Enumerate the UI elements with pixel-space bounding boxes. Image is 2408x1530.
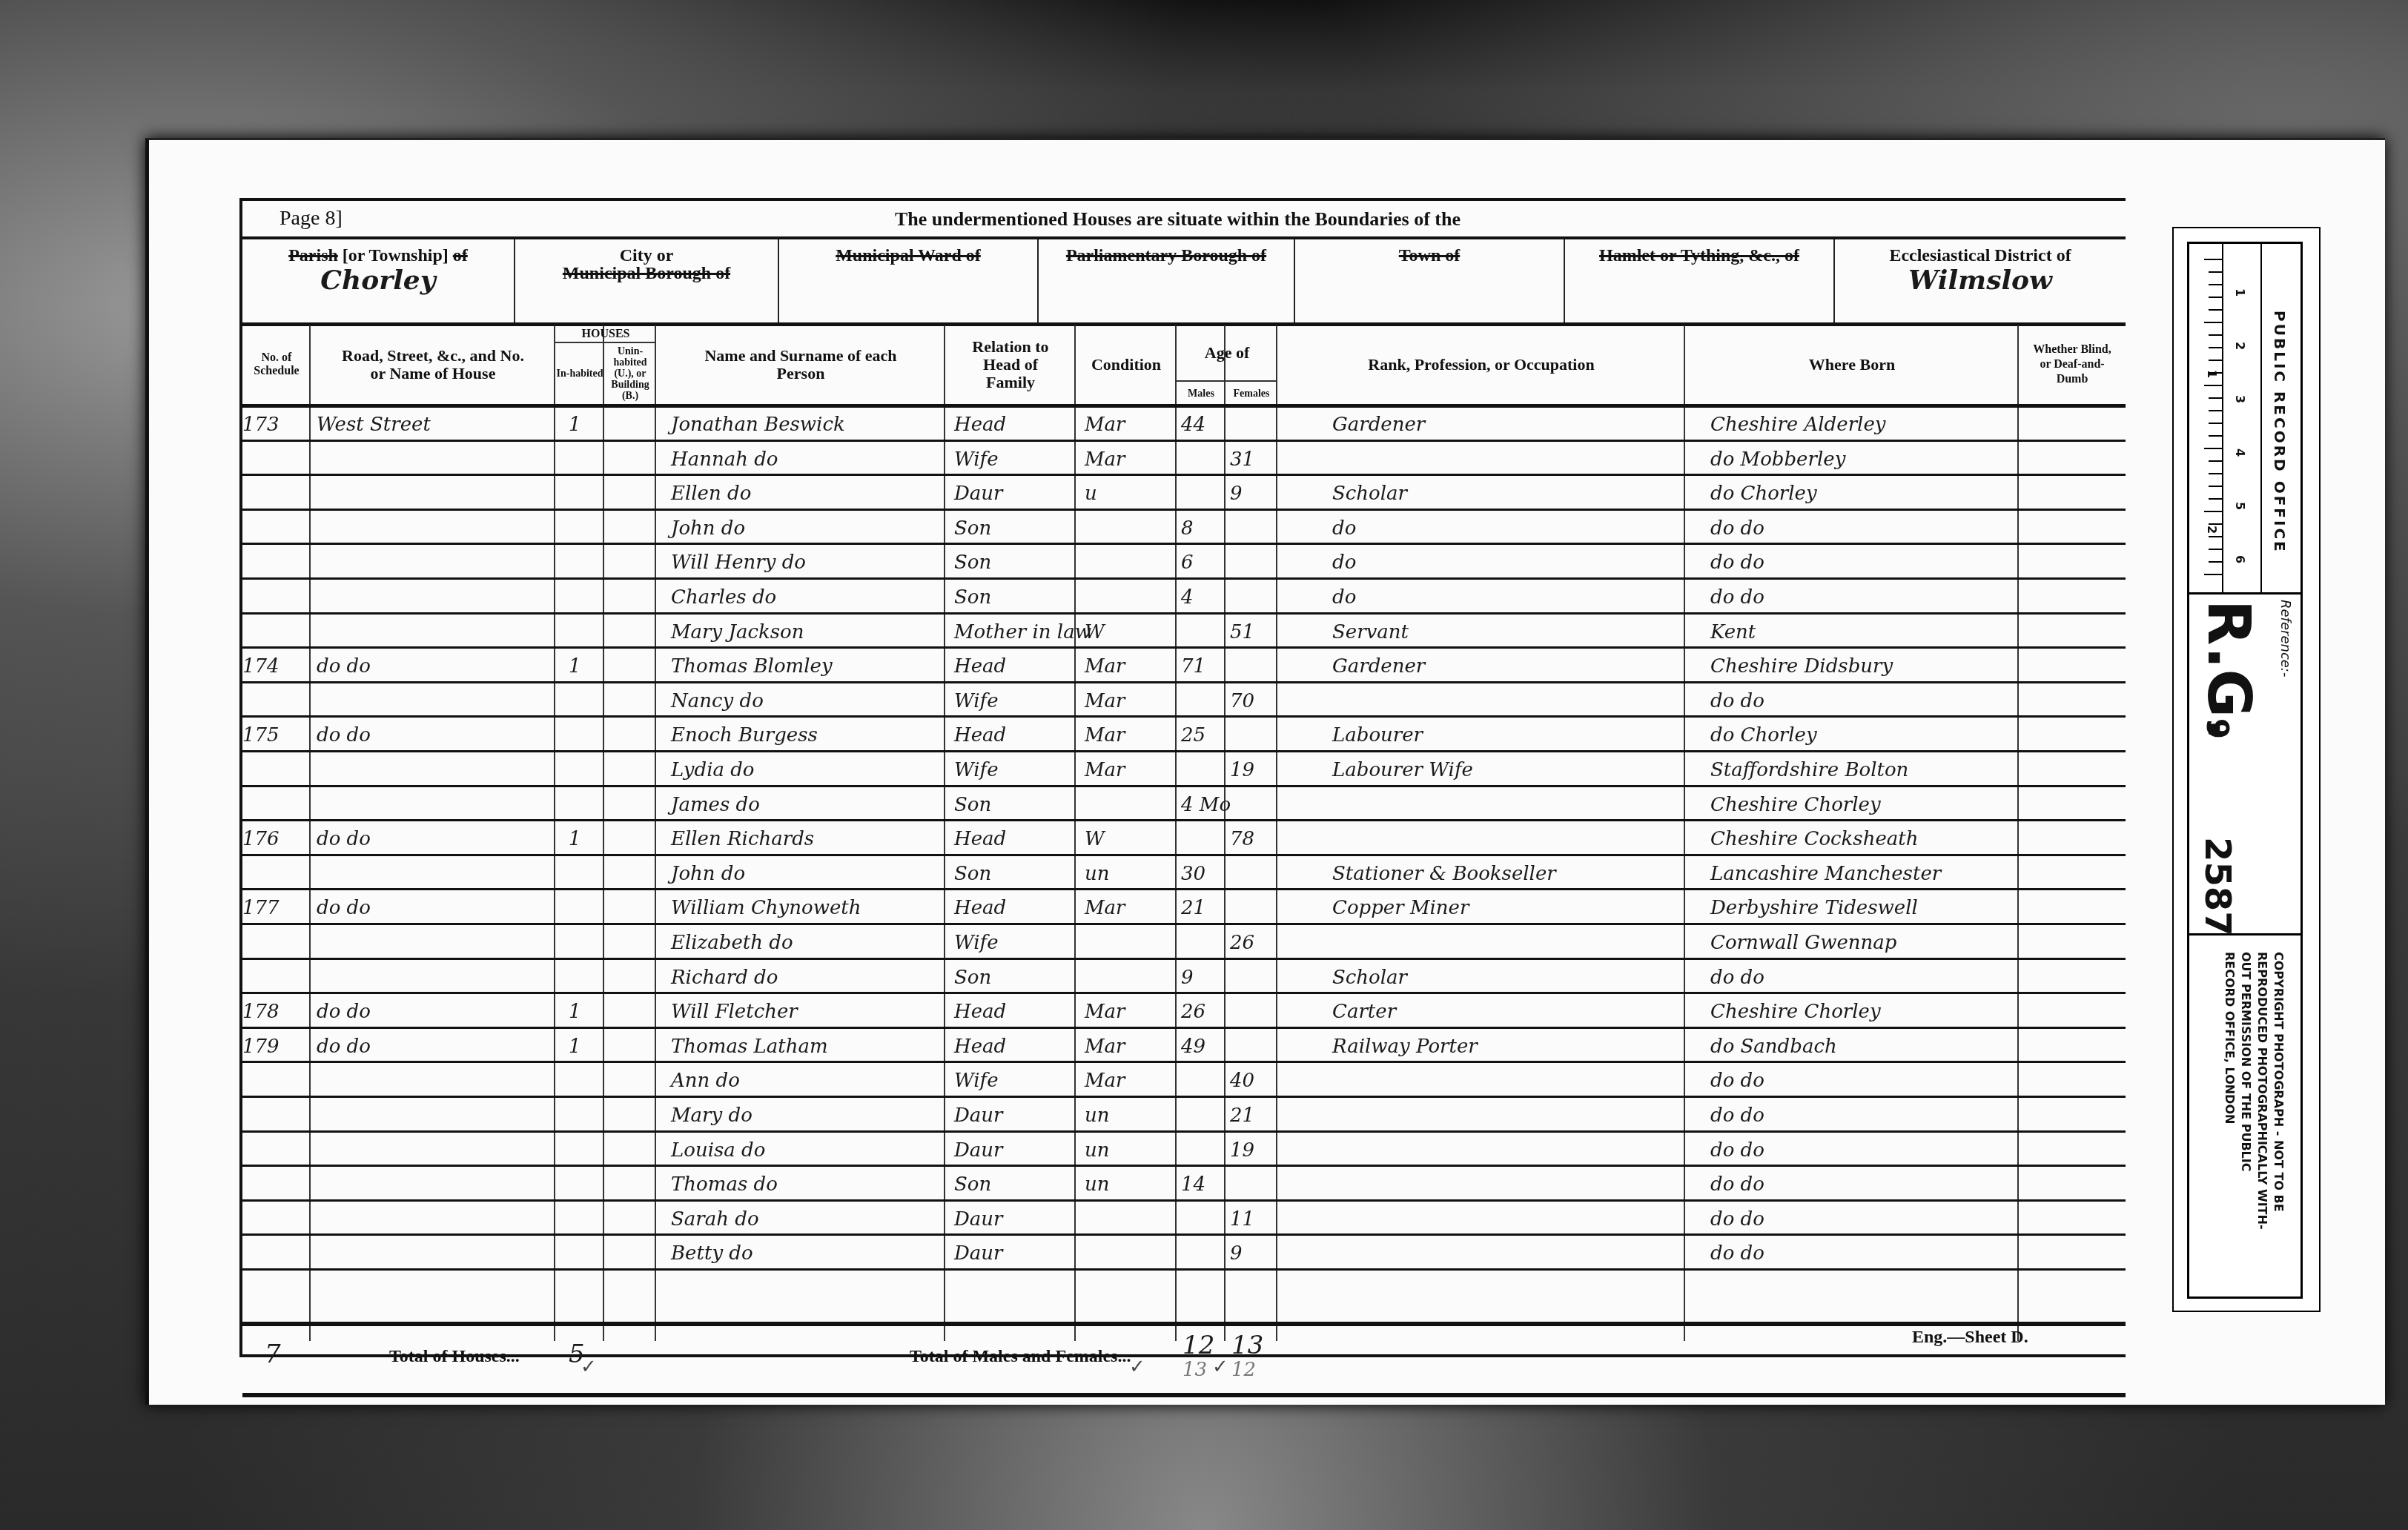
occupation-cell bbox=[1332, 829, 1681, 850]
schedule-cell bbox=[242, 1174, 311, 1196]
male-age-cell: 14 bbox=[1181, 1174, 1225, 1196]
inhabited-cell bbox=[569, 1070, 598, 1092]
census-table: No. of Schedule Road, Street, &c., and N… bbox=[242, 325, 2126, 1341]
where-born-cell: Staffordshire Bolton bbox=[1710, 760, 2014, 781]
road-cell: do do bbox=[317, 1001, 554, 1023]
ruler-tick bbox=[2209, 549, 2222, 550]
ruler-tick bbox=[2209, 435, 2222, 437]
female-age-cell: 9 bbox=[1230, 1243, 1274, 1265]
where-born-cell: do Mobberley bbox=[1710, 449, 2014, 471]
relation-cell: Wife bbox=[954, 1070, 1073, 1092]
occupation-cell: Gardener bbox=[1332, 656, 1681, 678]
name-cell: Lydia do bbox=[671, 760, 945, 781]
table-row: John doSon8dodo do bbox=[242, 511, 2126, 546]
condition-cell: u bbox=[1085, 483, 1174, 505]
table-row: 178do do1Will FletcherHeadMar26CarterChe… bbox=[242, 994, 2126, 1029]
condition-cell: Mar bbox=[1085, 898, 1174, 919]
page-header-row: Page 8] The undermentioned Houses are si… bbox=[242, 201, 2126, 239]
where-born-cell: do do bbox=[1710, 587, 2014, 609]
road-cell: do do bbox=[317, 725, 554, 746]
ruler-tick bbox=[2209, 423, 2222, 424]
schedule-cell bbox=[242, 518, 311, 540]
schedule-cell bbox=[242, 552, 311, 574]
header-occupation: Rank, Profession, or Occupation bbox=[1277, 325, 1685, 404]
occupation-cell: do bbox=[1332, 587, 1681, 609]
occupation-cell: Labourer bbox=[1332, 725, 1681, 746]
ruler-tick bbox=[2209, 536, 2222, 537]
female-age-cell bbox=[1230, 795, 1274, 816]
occupation-cell bbox=[1332, 1209, 1681, 1231]
reference-box: Reference:- R.G. 9 2587 bbox=[2189, 592, 2300, 935]
male-age-cell bbox=[1181, 1209, 1225, 1231]
male-age-cell bbox=[1181, 829, 1225, 850]
condition-cell bbox=[1085, 1209, 1174, 1231]
table-row: Mary doDaurun21do do bbox=[242, 1098, 2126, 1133]
inhabited-cell bbox=[569, 691, 598, 712]
road-cell: do do bbox=[317, 1036, 554, 1058]
table-row: Sarah doDaur11do do bbox=[242, 1202, 2126, 1236]
female-age-cell bbox=[1230, 725, 1274, 746]
ruler-number: 2 bbox=[2205, 526, 2219, 534]
schedule-cell bbox=[242, 795, 311, 816]
male-age-cell: 44 bbox=[1181, 414, 1225, 436]
name-cell: Ann do bbox=[671, 1070, 945, 1092]
occupation-cell bbox=[1332, 1140, 1681, 1162]
relation-cell: Daur bbox=[954, 483, 1073, 505]
where-born-cell: do do bbox=[1710, 1209, 2014, 1231]
inhabited-cell bbox=[569, 933, 598, 954]
road-cell bbox=[317, 483, 554, 505]
occupation-cell: Scholar bbox=[1332, 967, 1681, 989]
occupation-cell: Scholar bbox=[1332, 483, 1681, 505]
name-cell: Betty do bbox=[671, 1243, 945, 1265]
ruler-tick bbox=[2209, 561, 2222, 563]
condition-cell: Mar bbox=[1085, 760, 1174, 781]
road-cell bbox=[317, 967, 554, 989]
name-cell: Louisa do bbox=[671, 1140, 945, 1162]
male-age-cell: 26 bbox=[1181, 1001, 1225, 1023]
ruler-tick bbox=[2209, 498, 2222, 500]
male-age-cell bbox=[1181, 760, 1225, 781]
condition-cell bbox=[1085, 967, 1174, 989]
relation-cell: Head bbox=[954, 725, 1073, 746]
boundary-municipal-ward: Municipal Ward of bbox=[779, 239, 1039, 322]
table-row: Louisa doDaurun19do do bbox=[242, 1133, 2126, 1168]
male-age-cell: 30 bbox=[1181, 864, 1225, 885]
relation-cell: Wife bbox=[954, 449, 1073, 471]
road-cell bbox=[317, 933, 554, 954]
table-row: 173West Street1Jonathan BeswickHeadMar44… bbox=[242, 407, 2126, 442]
condition-cell: Mar bbox=[1085, 1036, 1174, 1058]
schedule-cell bbox=[242, 967, 311, 989]
where-born-cell: do Sandbach bbox=[1710, 1036, 2014, 1058]
inhabited-cell bbox=[569, 898, 598, 919]
table-row: Nancy doWifeMar70do do bbox=[242, 683, 2126, 718]
occupation-cell bbox=[1332, 795, 1681, 816]
check-mark: ✓ bbox=[1212, 1356, 1228, 1378]
inhabited-cell: 1 bbox=[569, 829, 598, 850]
ruler-tick bbox=[2204, 322, 2222, 323]
occupation-cell bbox=[1332, 1070, 1681, 1092]
inhabited-cell bbox=[569, 1243, 598, 1265]
inhabited-cell: 1 bbox=[569, 1036, 598, 1058]
occupation-cell bbox=[1332, 933, 1681, 954]
where-born-cell: Cornwall Gwennap bbox=[1710, 933, 2014, 954]
inhabited-cell bbox=[569, 795, 598, 816]
schedule-cell: 176 bbox=[242, 829, 311, 850]
schedule-cell: 178 bbox=[242, 1001, 311, 1023]
table-row: 177do doWilliam ChynowethHeadMar21Copper… bbox=[242, 890, 2126, 925]
relation-cell: Son bbox=[954, 518, 1073, 540]
condition-cell: Mar bbox=[1085, 1001, 1174, 1023]
name-cell: Thomas Blomley bbox=[671, 656, 945, 678]
header-road: Road, Street, &c., and No. or Name of Ho… bbox=[311, 325, 555, 404]
male-age-cell: 8 bbox=[1181, 518, 1225, 540]
public-record-office-label: PUBLIC RECORD OFFICE 12345612 Reference:… bbox=[2172, 227, 2321, 1312]
male-age-cell: 4 bbox=[1181, 587, 1225, 609]
ruler-number: 3 bbox=[2233, 395, 2247, 403]
ruler-tick bbox=[2209, 347, 2222, 348]
table-row: Richard doSon9Scholardo do bbox=[242, 960, 2126, 995]
male-age-cell: 4 Mo bbox=[1181, 795, 1225, 816]
copyright-line: OUT PERMISSION OF THE PUBLIC bbox=[2238, 952, 2253, 1171]
male-age-cell bbox=[1181, 449, 1225, 471]
occupation-cell: do bbox=[1332, 518, 1681, 540]
where-born-cell: Cheshire Didsbury bbox=[1710, 656, 2014, 678]
table-row: John doSonun30Stationer & BooksellerLanc… bbox=[242, 856, 2126, 891]
female-age-cell bbox=[1230, 1174, 1274, 1196]
ruler-tick bbox=[2204, 511, 2222, 512]
schedule-cell: 177 bbox=[242, 898, 311, 919]
schedule-cell bbox=[242, 483, 311, 505]
ruler-tick bbox=[2209, 271, 2222, 273]
condition-cell: Mar bbox=[1085, 656, 1174, 678]
ruler-tick bbox=[2209, 334, 2222, 336]
name-cell: James do bbox=[671, 795, 945, 816]
female-age-cell: 31 bbox=[1230, 449, 1274, 471]
where-born-cell: Cheshire Chorley bbox=[1710, 1001, 2014, 1023]
condition-cell bbox=[1085, 795, 1174, 816]
condition-cell: W bbox=[1085, 829, 1174, 850]
schedule-cell bbox=[242, 1140, 311, 1162]
schedule-cell bbox=[242, 1105, 311, 1127]
inhabited-cell bbox=[569, 552, 598, 574]
where-born-cell: Cheshire Cocksheath bbox=[1710, 829, 2014, 850]
census-sheet: Page 8] The undermentioned Houses are si… bbox=[145, 138, 2385, 1405]
schedule-cell bbox=[242, 587, 311, 609]
schedule-cell bbox=[242, 1243, 311, 1265]
name-cell: Enoch Burgess bbox=[671, 725, 945, 746]
female-age-cell: 19 bbox=[1230, 1140, 1274, 1162]
female-age-cell bbox=[1230, 518, 1274, 540]
schedule-cell bbox=[242, 691, 311, 712]
condition-cell: W bbox=[1085, 622, 1174, 643]
schedule-cell bbox=[242, 760, 311, 781]
header-infirmity: Whether Blind, or Deaf-and-Dumb bbox=[2019, 325, 2126, 404]
relation-cell: Son bbox=[954, 587, 1073, 609]
inhabited-cell bbox=[569, 449, 598, 471]
female-age-cell: 19 bbox=[1230, 760, 1274, 781]
reference-class: 9 bbox=[2200, 718, 2234, 739]
relation-cell: Son bbox=[954, 795, 1073, 816]
ruler-tick bbox=[2209, 284, 2222, 285]
female-age-cell bbox=[1230, 898, 1274, 919]
where-born-cell: Kent bbox=[1710, 622, 2014, 643]
occupation-cell: Servant bbox=[1332, 622, 1681, 643]
table-row: Betty doDaur9do do bbox=[242, 1236, 2126, 1271]
schedule-cell bbox=[242, 864, 311, 885]
inhabited-cell: 1 bbox=[569, 1001, 598, 1023]
table-row: Mary JacksonMother in lawW51ServantKent bbox=[242, 615, 2126, 649]
name-cell: Sarah do bbox=[671, 1209, 945, 1231]
road-cell bbox=[317, 449, 554, 471]
condition-cell: un bbox=[1085, 1140, 1174, 1162]
boundary-city: City orMunicipal Borough of bbox=[515, 239, 779, 322]
name-cell: Jonathan Beswick bbox=[671, 414, 945, 436]
occupation-cell: Railway Porter bbox=[1332, 1036, 1681, 1058]
name-cell: Ellen Richards bbox=[671, 829, 945, 850]
relation-cell: Son bbox=[954, 864, 1073, 885]
header-uninhabited: Unin-habited (U.), or Building (B.) bbox=[604, 343, 656, 404]
relation-cell: Wife bbox=[954, 933, 1073, 954]
page-number: Page 8] bbox=[279, 207, 343, 231]
inhabited-cell bbox=[569, 518, 598, 540]
where-born-cell: do do bbox=[1710, 691, 2014, 712]
road-cell bbox=[317, 518, 554, 540]
table-row: Elizabeth doWife26Cornwall Gwennap bbox=[242, 925, 2126, 960]
condition-cell: Mar bbox=[1085, 414, 1174, 436]
occupation-cell: do bbox=[1332, 552, 1681, 574]
condition-cell: Mar bbox=[1085, 1070, 1174, 1092]
copyright-notice: COPYRIGHT PHOTOGRAPH - NOT TO BE REPRODU… bbox=[2189, 937, 2300, 1285]
copyright-line: REPRODUCED PHOTOGRAPHICALLY WITH- bbox=[2255, 952, 2269, 1230]
road-cell bbox=[317, 691, 554, 712]
total-schedules: 7 bbox=[265, 1339, 281, 1369]
road-cell: do do bbox=[317, 898, 554, 919]
relation-cell: Head bbox=[954, 1036, 1073, 1058]
schedule-cell bbox=[242, 622, 311, 643]
ruler-tick bbox=[2209, 360, 2222, 361]
ruler-tick bbox=[2209, 397, 2222, 399]
total-females: 13 bbox=[1231, 1331, 1263, 1360]
male-age-cell bbox=[1181, 691, 1225, 712]
name-cell: Thomas Latham bbox=[671, 1036, 945, 1058]
name-cell: Charles do bbox=[671, 587, 945, 609]
header-houses: HOUSES bbox=[555, 325, 656, 343]
header-males: Males bbox=[1177, 383, 1225, 404]
schedule-cell bbox=[242, 933, 311, 954]
where-born-cell: Cheshire Alderley bbox=[1710, 414, 2014, 436]
scale-ruler: PUBLIC RECORD OFFICE 12345612 bbox=[2189, 244, 2300, 595]
total-males-check: 13 bbox=[1182, 1359, 1207, 1381]
road-cell bbox=[317, 795, 554, 816]
female-age-cell: 70 bbox=[1230, 691, 1274, 712]
condition-cell: Mar bbox=[1085, 725, 1174, 746]
ruler-tick bbox=[2209, 523, 2222, 525]
relation-cell: Son bbox=[954, 552, 1073, 574]
where-born-cell: do do bbox=[1710, 1070, 2014, 1092]
schedule-cell: 174 bbox=[242, 656, 311, 678]
ruler-number: 5 bbox=[2233, 502, 2247, 510]
table-row: Ann doWifeMar40do do bbox=[242, 1063, 2126, 1098]
road-cell: West Street bbox=[317, 414, 554, 436]
total-females-check: 12 bbox=[1231, 1359, 1256, 1381]
form-title: The undermentioned Houses are situate wi… bbox=[895, 208, 1461, 231]
female-age-cell: 40 bbox=[1230, 1070, 1274, 1092]
condition-cell bbox=[1085, 933, 1174, 954]
condition-cell bbox=[1085, 518, 1174, 540]
male-age-cell bbox=[1181, 1105, 1225, 1127]
boundary-town: Town of bbox=[1295, 239, 1565, 322]
name-cell: William Chynoweth bbox=[671, 898, 945, 919]
female-age-cell: 9 bbox=[1230, 483, 1274, 505]
where-born-cell: do do bbox=[1710, 1174, 2014, 1196]
relation-cell: Head bbox=[954, 898, 1073, 919]
road-cell: do do bbox=[317, 656, 554, 678]
road-cell bbox=[317, 1209, 554, 1231]
name-cell: Mary Jackson bbox=[671, 622, 945, 643]
female-age-cell bbox=[1230, 587, 1274, 609]
schedule-cell: 173 bbox=[242, 414, 311, 436]
inhabited-cell bbox=[569, 725, 598, 746]
female-age-cell bbox=[1230, 1036, 1274, 1058]
relation-cell: Son bbox=[954, 1174, 1073, 1196]
female-age-cell bbox=[1230, 414, 1274, 436]
male-age-cell: 49 bbox=[1181, 1036, 1225, 1058]
where-born-cell: do do bbox=[1710, 1105, 2014, 1127]
road-cell bbox=[317, 760, 554, 781]
where-born-cell: do do bbox=[1710, 967, 2014, 989]
ruler-number: 1 bbox=[2233, 288, 2247, 297]
relation-cell: Head bbox=[954, 829, 1073, 850]
parish-value: Chorley bbox=[242, 265, 514, 296]
male-age-cell bbox=[1181, 1070, 1225, 1092]
ruler-tick bbox=[2204, 259, 2222, 260]
inhabited-cell bbox=[569, 1209, 598, 1231]
name-cell: Hannah do bbox=[671, 449, 945, 471]
road-cell bbox=[317, 587, 554, 609]
table-row: Hannah doWifeMar31do Mobberley bbox=[242, 442, 2126, 477]
inhabited-cell bbox=[569, 967, 598, 989]
where-born-cell: do Chorley bbox=[1710, 725, 2014, 746]
ruler-tick bbox=[2209, 486, 2222, 487]
ruler-number: 1 bbox=[2205, 370, 2219, 378]
schedule-cell bbox=[242, 1070, 311, 1092]
schedule-cell: 175 bbox=[242, 725, 311, 746]
name-cell: Richard do bbox=[671, 967, 945, 989]
inhabited-cell bbox=[569, 1140, 598, 1162]
boundaries-row: Parish [or Township] of Chorley City orM… bbox=[242, 239, 2126, 326]
male-age-cell bbox=[1181, 933, 1225, 954]
occupation-cell bbox=[1332, 1174, 1681, 1196]
name-cell: Elizabeth do bbox=[671, 933, 945, 954]
female-age-cell bbox=[1230, 967, 1274, 989]
schedule-cell: 179 bbox=[242, 1036, 311, 1058]
ecclesiastical-value: Wilmslow bbox=[1835, 265, 2126, 296]
table-row: James doSon4 MoCheshire Chorley bbox=[242, 787, 2126, 822]
header-females: Females bbox=[1225, 383, 1277, 404]
reference-piece: 2587 bbox=[2197, 837, 2238, 936]
where-born-cell: do do bbox=[1710, 1243, 2014, 1265]
check-mark: ✓ bbox=[580, 1356, 597, 1378]
male-age-cell: 6 bbox=[1181, 552, 1225, 574]
road-cell bbox=[317, 1140, 554, 1162]
occupation-cell: Stationer & Bookseller bbox=[1332, 864, 1681, 885]
occupation-cell bbox=[1332, 449, 1681, 471]
male-age-cell: 21 bbox=[1181, 898, 1225, 919]
male-age-cell bbox=[1181, 1243, 1225, 1265]
where-born-cell: do do bbox=[1710, 1140, 2014, 1162]
header-name: Name and Surname of each Person bbox=[656, 325, 945, 404]
column-headers: No. of Schedule Road, Street, &c., and N… bbox=[242, 325, 2126, 408]
copyright-line: COPYRIGHT PHOTOGRAPH - NOT TO BE bbox=[2271, 952, 2286, 1212]
table-row: Will Henry doSon6dodo do bbox=[242, 545, 2126, 580]
male-age-cell bbox=[1181, 622, 1225, 643]
condition-cell bbox=[1085, 1243, 1174, 1265]
ruler-number: 6 bbox=[2233, 555, 2247, 563]
header-condition: Condition bbox=[1076, 325, 1177, 404]
condition-cell: un bbox=[1085, 864, 1174, 885]
table-row: 179do do1Thomas LathamHeadMar49Railway P… bbox=[242, 1029, 2126, 1064]
name-cell: John do bbox=[671, 518, 945, 540]
header-inhabited: In-habited bbox=[555, 343, 604, 404]
schedule-cell bbox=[242, 1209, 311, 1231]
condition-cell: un bbox=[1085, 1174, 1174, 1196]
record-office-name: PUBLIC RECORD OFFICE bbox=[2271, 311, 2289, 554]
ruler-number: 2 bbox=[2233, 342, 2247, 350]
ruler-tick bbox=[2209, 473, 2222, 474]
condition-cell: Mar bbox=[1085, 449, 1174, 471]
name-cell: Thomas do bbox=[671, 1174, 945, 1196]
name-cell: Will Fletcher bbox=[671, 1001, 945, 1023]
ruler-tick bbox=[2209, 460, 2222, 462]
inhabited-cell bbox=[569, 587, 598, 609]
totals-row: 7 Total of Houses... 5 Total of Males an… bbox=[242, 1322, 2126, 1397]
relation-cell: Wife bbox=[954, 760, 1073, 781]
inhabited-cell: 1 bbox=[569, 414, 598, 436]
road-cell bbox=[317, 864, 554, 885]
female-age-cell: 21 bbox=[1230, 1105, 1274, 1127]
relation-cell: Wife bbox=[954, 691, 1073, 712]
boundary-ecclesiastical-district: Ecclesiastical District of Wilmslow bbox=[1835, 239, 2126, 322]
ruler-tick bbox=[2209, 309, 2222, 311]
male-age-cell: 25 bbox=[1181, 725, 1225, 746]
census-form: Page 8] The undermentioned Houses are si… bbox=[239, 198, 2126, 1357]
relation-cell: Head bbox=[954, 414, 1073, 436]
condition-cell bbox=[1085, 552, 1174, 574]
table-row: Lydia doWifeMar19Labourer WifeStaffordsh… bbox=[242, 752, 2126, 787]
name-cell: Ellen do bbox=[671, 483, 945, 505]
road-cell: do do bbox=[317, 829, 554, 850]
table-row: 174do do1Thomas BlomleyHeadMar71Gardener… bbox=[242, 649, 2126, 683]
inhabited-cell: 1 bbox=[569, 656, 598, 678]
occupation-cell bbox=[1332, 691, 1681, 712]
ruler-tick bbox=[2204, 385, 2222, 386]
relation-cell: Mother in law bbox=[954, 622, 1073, 643]
ruler-tick bbox=[2204, 448, 2222, 449]
condition-cell: Mar bbox=[1085, 691, 1174, 712]
header-relation: Relation to Head of Family bbox=[945, 325, 1076, 404]
table-row: Thomas doSonun14do do bbox=[242, 1167, 2126, 1202]
female-age-cell: 26 bbox=[1230, 933, 1274, 954]
occupation-cell: Gardener bbox=[1332, 414, 1681, 436]
table-row: 176do do1Ellen RichardsHeadW78Cheshire C… bbox=[242, 821, 2126, 856]
total-houses-label: Total of Houses... bbox=[389, 1347, 520, 1367]
header-age: Age of bbox=[1177, 325, 1277, 382]
name-cell: Mary do bbox=[671, 1105, 945, 1127]
table-row: Ellen doDauru9Scholardo Chorley bbox=[242, 476, 2126, 511]
inhabited-cell bbox=[569, 622, 598, 643]
